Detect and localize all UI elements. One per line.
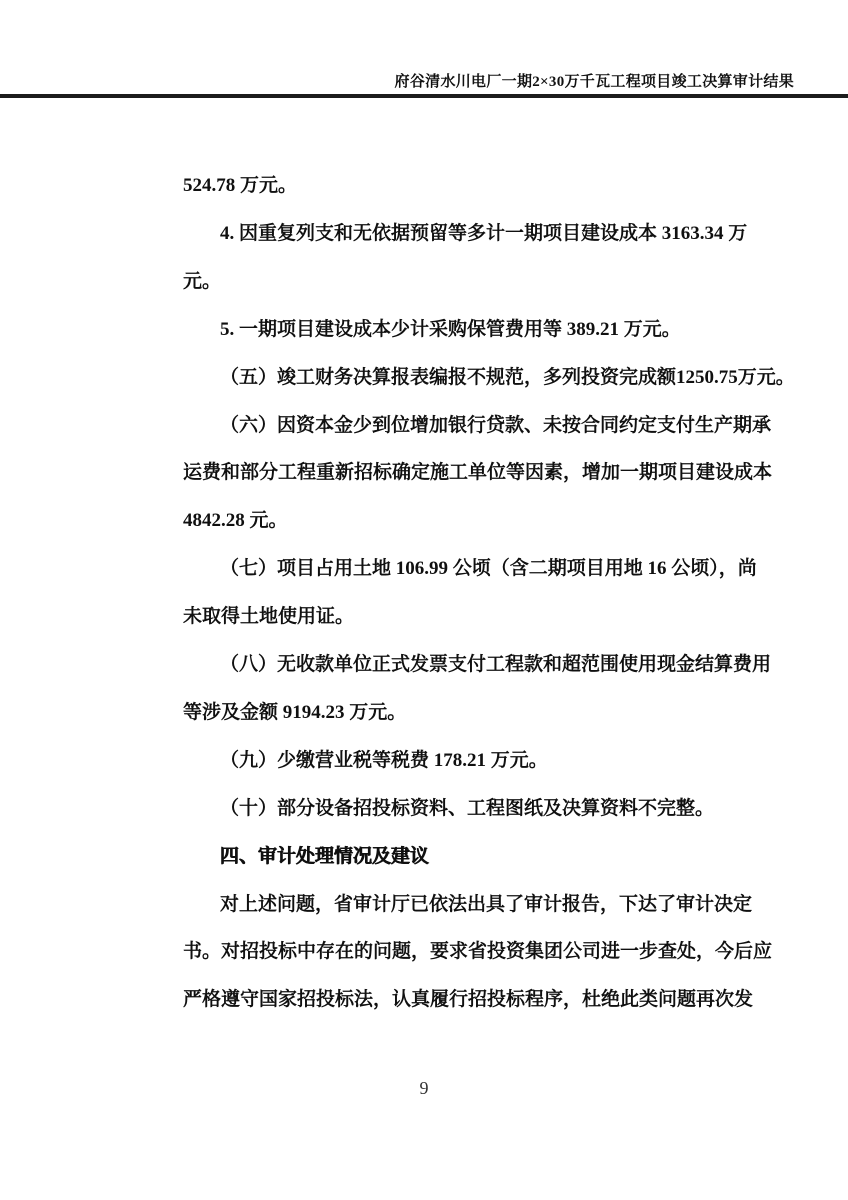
- text-line: （六）因资本金少到位增加银行贷款、未按合同约定支付生产期承: [183, 414, 783, 438]
- text-line: 等涉及金额 9194.23 万元。: [183, 701, 783, 725]
- text-line: （七）项目占用土地 106.99 公顷（含二期项目用地 16 公顷），尚: [183, 557, 783, 581]
- document-body: 524.78 万元。4. 因重复列支和无依据预留等多计一期项目建设成本 3163…: [183, 0, 783, 1200]
- text-line: 对上述问题，省审计厅已依法出具了审计报告，下达了审计决定: [183, 893, 783, 917]
- text-line: 4842.28 元。: [183, 509, 783, 533]
- document-page: 府谷清水川电厂一期2×30万千瓦工程项目竣工决算审计结果 524.78 万元。4…: [0, 0, 848, 1200]
- text-line: （八）无收款单位正式发票支付工程款和超范围使用现金结算费用: [183, 653, 783, 677]
- text-line: 书。对招投标中存在的问题，要求省投资集团公司进一步查处，今后应: [183, 940, 783, 964]
- text-line: 未取得土地使用证。: [183, 605, 783, 629]
- text-line: 524.78 万元。: [183, 174, 783, 198]
- text-line: （五）竣工财务决算报表编报不规范，多列投资完成额1250.75万元。: [183, 366, 783, 390]
- text-line: 5. 一期项目建设成本少计采购保管费用等 389.21 万元。: [183, 318, 783, 342]
- text-line: 严格遵守国家招投标法，认真履行招投标程序，杜绝此类问题再次发: [183, 988, 783, 1012]
- page-number: 9: [0, 1078, 848, 1099]
- section-heading: 四、审计处理情况及建议: [183, 845, 783, 869]
- text-line: 运费和部分工程重新招标确定施工单位等因素，增加一期项目建设成本: [183, 461, 783, 485]
- text-line: （九）少缴营业税等税费 178.21 万元。: [183, 749, 783, 773]
- text-line: 元。: [183, 270, 783, 294]
- text-line: （十）部分设备招投标资料、工程图纸及决算资料不完整。: [183, 797, 783, 821]
- text-line: 4. 因重复列支和无依据预留等多计一期项目建设成本 3163.34 万: [183, 222, 783, 246]
